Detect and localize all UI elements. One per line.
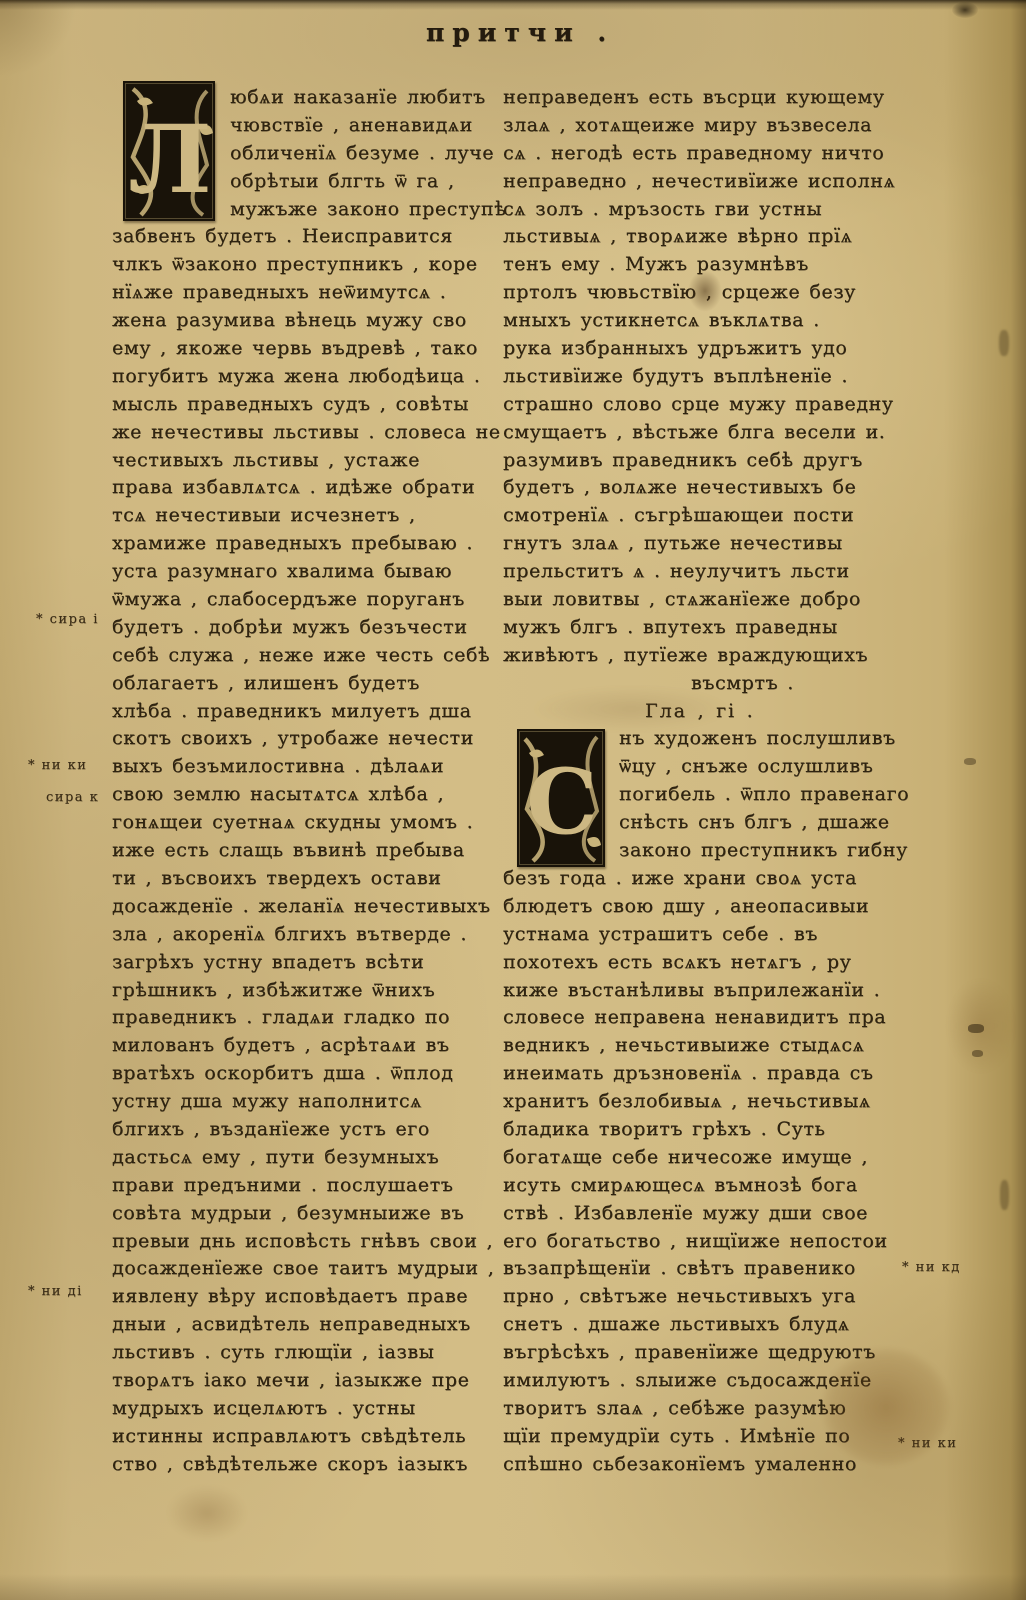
text-line: имилуютъ . ѕлыиже съдосажденїе [503, 1367, 943, 1395]
text-line: иявлену вѣру исповѣдаетъ праве [112, 1283, 526, 1311]
stain [952, 2, 978, 18]
text-line: устну дша мужу наполнитсѧ [112, 1088, 526, 1116]
text-line: досажденїе . желанїѧ нечестивыхъ [112, 893, 526, 921]
stain [964, 758, 976, 765]
text-line: тсѧ нечестивыи исчезнетъ , [112, 502, 526, 530]
margin-note: * ни ки [898, 1436, 957, 1451]
text-line: въсмртъ . [503, 670, 943, 698]
stain [999, 330, 1009, 356]
text-line: блгихъ , възданїеже устъ его [112, 1116, 526, 1144]
text-line: льстивїиже будутъ въплѣненїе . [503, 363, 943, 391]
text-line: мныхъ устикнетсѧ въклѧтва . [503, 307, 943, 335]
text-line: мысль праведныхъ судъ , совѣты [112, 391, 526, 419]
text-line: устнама устрашитъ себе . въ [503, 921, 943, 949]
text-line: рука избранныхъ удръжитъ удо [503, 335, 943, 363]
text-line: нїѧже праведныхъ неѿимутсѧ . [112, 279, 526, 307]
text-line: живѣютъ , путїеже враждующихъ [503, 642, 943, 670]
text-line: превыи днь исповѣсть гнѣвъ свои , [112, 1228, 526, 1256]
chapter-heading: Гла , гі . [503, 698, 943, 726]
stain [1000, 1180, 1009, 1210]
text-line: тенъ ему . Мужъ разумнѣвъ [503, 251, 943, 279]
stain [168, 1486, 246, 1540]
text-line: иже есть слащь въвинѣ пребыва [112, 837, 526, 865]
text-line: грѣшникъ , избѣжитже ѿнихъ [112, 977, 526, 1005]
text-line: творитъ ѕлаѧ , себѣже разумѣю [503, 1395, 943, 1423]
woodcut-initial-icon: С [517, 729, 605, 867]
text-line: мудрыхъ исцелѧютъ . устны [112, 1395, 526, 1423]
text-line: будетъ . добрѣи мужъ безъчести [112, 614, 526, 642]
text-line: выи ловитвы , стѧжанїеже добро [503, 586, 943, 614]
text-line: хлѣба . праведникъ милуетъ дша [112, 698, 526, 726]
text-line: творѧтъ іако мечи , іазыкже пре [112, 1367, 526, 1395]
text-line: свою землю насытѧтсѧ хлѣба , [112, 781, 526, 809]
text-line: ти , въсвоихъ твердехъ остави [112, 865, 526, 893]
text-line: совѣта мудрыи , безумныиже въ [112, 1200, 526, 1228]
text-line: блюдетъ свою дшу , анеопасивыи [503, 893, 943, 921]
text-line: честивыхъ льстивы , устаже [112, 447, 526, 475]
text-line: уста разумнаго хвалима бываю [112, 558, 526, 586]
text-line: ему , якоже червь въдревѣ , тако [112, 335, 526, 363]
text-line: облагаетъ , илишенъ будетъ [112, 670, 526, 698]
stain [972, 1050, 983, 1057]
text-line: спѣшно сьбезаконїемъ умаленно [503, 1451, 943, 1479]
text-line: гонѧщеи суетнаѧ скудны умомъ . [112, 809, 526, 837]
text-line: ство , свѣдѣтельже скоръ іазыкъ [112, 1451, 526, 1479]
text-line: же нечестивы льстивы . словеса не [112, 419, 526, 447]
text-line: скотъ своихъ , утробаже нечести [112, 725, 526, 753]
text-line: жена разумива вѣнець мужу сво [112, 307, 526, 335]
book-page: притчи . Л юбѧи наказанїе любитъчювствїе… [0, 0, 1026, 1600]
right-column: С неправеденъ есть въсрци кующемузлаѧ , … [503, 84, 943, 1479]
text-line: ѿмужа , слабосердъже поруганъ [112, 586, 526, 614]
svg-text:С: С [526, 749, 598, 855]
left-column: Л юбѧи наказанїе любитъчювствїе , аненав… [112, 84, 526, 1479]
text-line: будетъ , волѧже нечестивыхъ бе [503, 474, 943, 502]
text-line: снетъ . дшаже льстивыхъ блудѧ [503, 1311, 943, 1339]
text-line: истинны исправлѧютъ свѣдѣтель [112, 1423, 526, 1451]
text-line: погубитъ мужа жена любодѣица . [112, 363, 526, 391]
text-line: ведникъ , нечьстивыиже стыдѧсѧ [503, 1032, 943, 1060]
text-line: ствѣ . Избавленїе мужу дши свое [503, 1200, 943, 1228]
text-line: инеимать дръзновенїѧ . правда съ [503, 1060, 943, 1088]
text-line: вратѣхъ оскорбитъ дша . ѿплод [112, 1060, 526, 1088]
text-line: дныи , асвидѣтель неправедныхъ [112, 1311, 526, 1339]
text-line: праведникъ . гладѧи гладко по [112, 1004, 526, 1032]
margin-note: * ни ки [28, 758, 87, 773]
text-line: прельститъ ѧ . неулучитъ льсти [503, 558, 943, 586]
text-line: льстивъ . суть глющїи , іазвы [112, 1339, 526, 1367]
text-line: прно , свѣтъже нечьстивыхъ уга [503, 1283, 943, 1311]
text-line: хранитъ безлобивыѧ , нечьстивыѧ [503, 1088, 943, 1116]
text-line: мужъ блгъ . впутехъ праведны [503, 614, 943, 642]
text-line: въгрѣсѣхъ , правенїиже щедруютъ [503, 1339, 943, 1367]
text-line: забвенъ будетъ . Неисправится [112, 223, 526, 251]
text-line: злаѧ , хотѧщеиже миру възвесела [503, 112, 943, 140]
text-line: разумивъ праведникъ себѣ другъ [503, 447, 943, 475]
text-line: дастьсѧ ему , пути безумныхъ [112, 1144, 526, 1172]
woodcut-initial-icon: Л [123, 81, 215, 221]
left-column-lines: юбѧи наказанїе любитъчювствїе , аненавид… [112, 84, 526, 1479]
text-line: храмиже праведныхъ пребываю . [112, 530, 526, 558]
text-line: похотехъ есть всѧкъ нетѧгъ , ру [503, 949, 943, 977]
margin-note: * ни ді [28, 1284, 83, 1299]
text-line: възапрѣщенїи . свѣтъ правенико [503, 1255, 943, 1283]
text-line: досажденїеже свое таитъ мудрыи , [112, 1255, 526, 1283]
margin-note: сира к [46, 790, 99, 805]
text-line: загрѣхъ устну впадетъ всѣти [112, 949, 526, 977]
stain [968, 1024, 984, 1033]
text-line: сѧ золъ . мръзость гви устны [503, 196, 943, 224]
text-line: его богатьство , нищїиже непостои [503, 1228, 943, 1256]
text-line: смущаетъ , вѣстьже блга весели и. [503, 419, 943, 447]
text-line: бладика творитъ грѣхъ . Суть [503, 1116, 943, 1144]
svg-text:Л: Л [128, 105, 211, 215]
text-line: милованъ будетъ , асрѣтаѧи въ [112, 1032, 526, 1060]
text-line: щїи премудрїи суть . Имѣнїе по [503, 1423, 943, 1451]
text-line: сѧ . негодѣ есть праведному ничто [503, 140, 943, 168]
text-line: пртолъ чювьствїю , срцеже безу [503, 279, 943, 307]
text-line: себѣ служа , неже иже честь себѣ [112, 642, 526, 670]
text-line: члкъ ѿзаконо преступникъ , коре [112, 251, 526, 279]
text-line: исуть смирѧющесѧ въмнозѣ бога [503, 1172, 943, 1200]
text-line: прави предъними . послушаетъ [112, 1172, 526, 1200]
text-line: страшно слово срце мужу праведну [503, 391, 943, 419]
text-line: неправеденъ есть въсрци кующему [503, 84, 943, 112]
text-line: киже въстанѣливы въприлежанїи . [503, 977, 943, 1005]
text-line: безъ года . иже храни своѧ уста [503, 865, 943, 893]
text-line: гнутъ злаѧ , путьже нечестивы [503, 530, 943, 558]
text-line: льстивыѧ , творѧиже вѣрно прїѧ [503, 223, 943, 251]
text-line: неправедно , нечестивїиже исполнѧ [503, 168, 943, 196]
text-line: смотренїѧ . съгрѣшающеи пости [503, 502, 943, 530]
text-line: богатѧще себе ничесоже имуще , [503, 1144, 943, 1172]
text-line: выхъ безъмилостивна . дѣлаѧи [112, 753, 526, 781]
text-line: зла , акоренїѧ блгихъ вътверде . [112, 921, 526, 949]
text-line: права избавлѧтсѧ . идѣже обрати [112, 474, 526, 502]
margin-note: * ни кд [902, 1260, 961, 1275]
text-line: словесе неправена ненавидитъ пра [503, 1004, 943, 1032]
stain [948, 980, 1014, 1072]
margin-note: * сира і [36, 612, 99, 627]
running-title: притчи . [0, 18, 1026, 47]
